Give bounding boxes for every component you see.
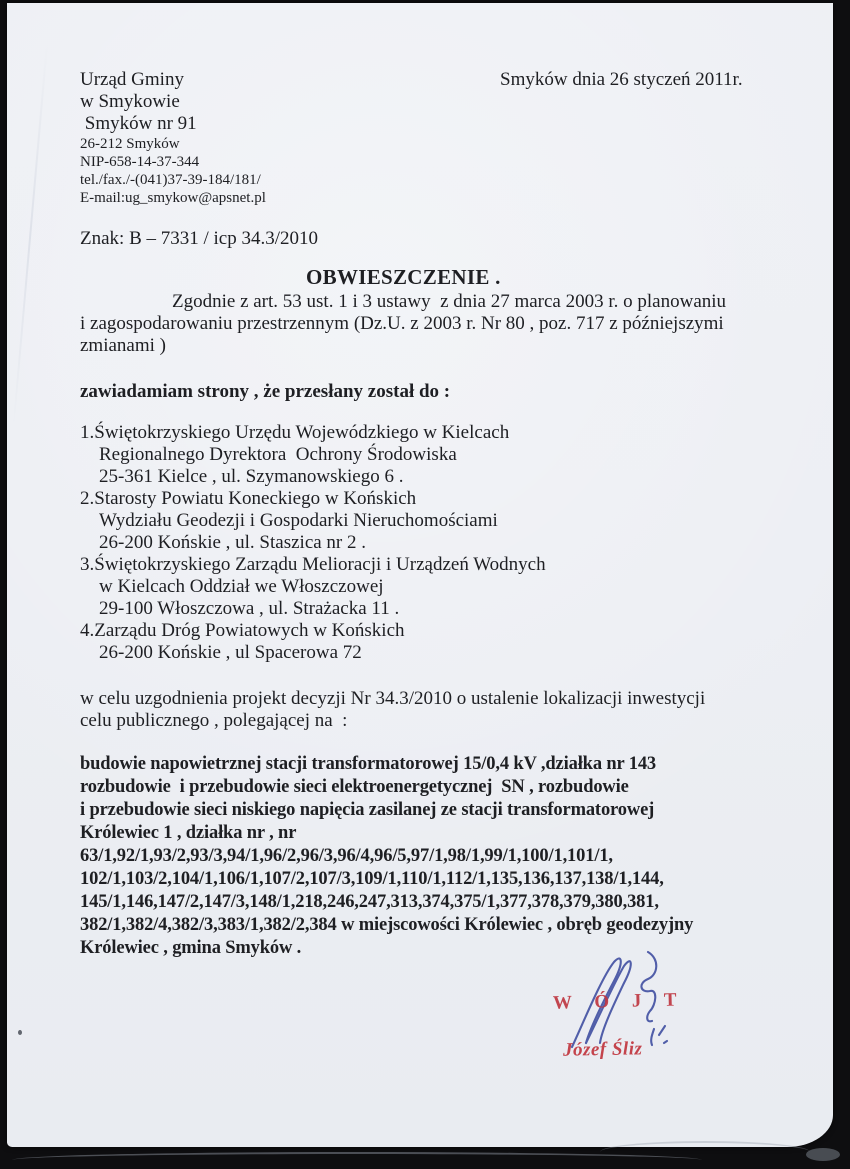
project-description: budowie napowietrznej stacji transformat… (80, 753, 693, 960)
project-line: rozbudowie i przebudowie sieci elektroen… (80, 776, 693, 799)
signer-name: Józef Śliz (563, 1038, 643, 1061)
recipient-address-line: 26-200 Końskie , ul. Staszica nr 2 . (80, 532, 546, 554)
paper-crease (12, 44, 48, 433)
sender-nip-line: NIP-658-14-37-344 (80, 153, 266, 171)
intro-paragraph: Zgodnie z art. 53 ust. 1 i 3 ustawy z dn… (80, 291, 770, 357)
purpose-line: celu publicznego , polegającej na : (80, 710, 705, 732)
project-parcels-line: 63/1,92/1,93/2,93/3,94/1,96/2,96/3,96/4,… (80, 845, 693, 868)
recipient-detail-line: w Kielcach Oddział we Włoszczowej (80, 576, 546, 598)
sender-line: Smyków nr 91 (80, 113, 197, 135)
project-parcels-line: 145/1,146,147/2,147/3,148/1,218,246,247,… (80, 891, 693, 914)
scan-speck (18, 1030, 22, 1035)
sender-email-line: E-mail:ug_smykow@apsnet.pl (80, 189, 266, 207)
project-parcels-line: 102/1,103/2,104/1,106/1,107/2,107/3,109/… (80, 868, 693, 891)
scanner-reflection (12, 1152, 702, 1168)
project-line: budowie napowietrznej stacji transformat… (80, 753, 693, 776)
intro-line: zmianami ) (80, 335, 770, 357)
project-line: Królewiec 1 , działka nr , nr (80, 822, 693, 845)
purpose-paragraph: w celu uzgodnienia projekt decyzji Nr 34… (80, 688, 705, 732)
project-parcels-line: 382/1,382/4,382/3,383/1,382/2,384 w miej… (80, 914, 693, 937)
recipient-address-line: 29-100 Włoszczowa , ul. Strażacka 11 . (80, 598, 546, 620)
sender-details-block: 26-212 Smyków NIP-658-14-37-344 tel./fax… (80, 135, 266, 207)
recipient-name-line: 3.Świętokrzyskiego Zarządu Melioracji i … (80, 554, 546, 576)
dateline: Smyków dnia 26 styczeń 2011r. (500, 69, 743, 91)
recipient-address-line: 26-200 Końskie , ul Spacerowa 72 (80, 642, 546, 664)
recipient-name-line: 1.Świętokrzyskiego Urzędu Wojewódzkiego … (80, 422, 546, 444)
scanner-reflection (806, 1148, 840, 1161)
sender-phone-line: tel./fax./-(041)37-39-184/181/ (80, 171, 266, 189)
recipient-detail-line: Wydziału Geodezji i Gospodarki Nieruchom… (80, 510, 546, 532)
recipient-name-line: 2.Starosty Powiatu Koneckiego w Końskich (80, 488, 546, 510)
sender-address-block: Urząd Gminy w Smykowie Smyków nr 91 (80, 69, 197, 135)
recipients-list: 1.Świętokrzyskiego Urzędu Wojewódzkiego … (80, 422, 546, 664)
project-line: i przebudowie sieci niskiego napięcia za… (80, 799, 693, 822)
recipient-detail-line: Regionalnego Dyrektora Ochrony Środowisk… (80, 444, 546, 466)
mayor-stamp-title: W Ó J T (553, 989, 686, 1014)
purpose-line: w celu uzgodnienia projekt decyzji Nr 34… (80, 688, 705, 710)
sender-postal-line: 26-212 Smyków (80, 135, 266, 153)
sender-line: w Smykowie (80, 91, 197, 113)
scanned-document: Urząd Gminy w Smykowie Smyków nr 91 26-2… (0, 0, 850, 1169)
recipient-name-line: 4.Zarządu Dróg Powiatowych w Końskich (80, 620, 546, 642)
intro-line: Zgodnie z art. 53 ust. 1 i 3 ustawy z dn… (80, 291, 770, 313)
reference-number: Znak: B – 7331 / icp 34.3/2010 (80, 228, 318, 250)
document-title: OBWIESZCZENIE . (306, 265, 501, 290)
sender-line: Urząd Gminy (80, 69, 197, 91)
recipient-address-line: 25-361 Kielce , ul. Szymanowskiego 6 . (80, 466, 546, 488)
intro-line: i zagospodarowaniu przestrzennym (Dz.U. … (80, 313, 770, 335)
scanner-reflection (600, 1141, 810, 1163)
paper-sheet: Urząd Gminy w Smykowie Smyków nr 91 26-2… (7, 3, 833, 1147)
notice-line: zawiadamiam strony , że przesłany został… (80, 381, 450, 403)
